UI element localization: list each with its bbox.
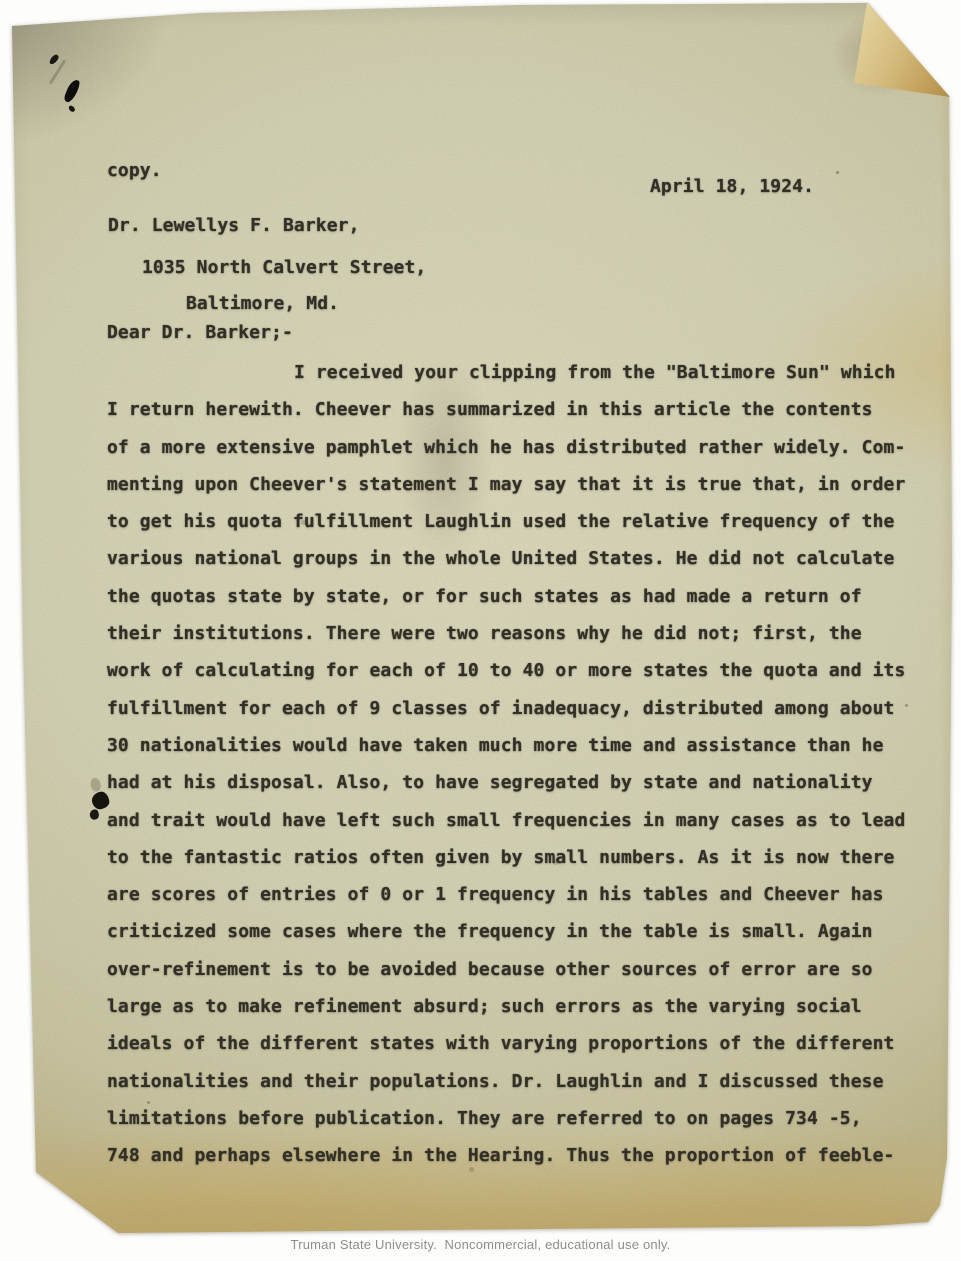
letter-line: fulfillment for each of 9 classes of ina… [107,690,923,727]
letter-line: their institutions. There were two reaso… [107,615,923,652]
scanned-letter-page: copy. April 18, 1924. Dr. Lewellys F. Ba… [0,0,961,1261]
recipient-street: 1035 North Calvert Street, [142,257,426,278]
letter-line: work of calculating for each of 10 to 40… [107,652,923,689]
paper-specks [0,0,3,3]
letter-line: are scores of entries of 0 or 1 frequenc… [107,876,923,913]
letter-line: limitations before publication. They are… [107,1100,923,1137]
salutation: Dear Dr. Barker;- [107,322,293,343]
letter-line: nationalities and their populations. Dr.… [107,1063,923,1100]
copy-label: copy. [107,160,162,181]
letter-line: large as to make refinement absurd; such… [107,988,923,1025]
letter-line: ideals of the different states with vary… [107,1025,923,1062]
footer-credit: Truman State University. Noncommercial, … [0,1237,961,1252]
recipient-name: Dr. Lewellys F. Barker, [108,215,360,236]
letter-line: of a more extensive pamphlet which he ha… [107,429,923,466]
letter-line: criticized some cases where the frequenc… [107,913,923,950]
letter-line: over-refinement is to be avoided because… [107,951,923,988]
letter-body: I received your clipping from the "Balti… [107,354,923,1175]
letter-date: April 18, 1924. [650,176,814,197]
letter-line: had at his disposal. Also, to have segre… [107,764,923,801]
letter-line: menting upon Cheever's statement I may s… [107,466,923,503]
ink-blot-large [63,78,81,104]
letter-line: to get his quota fulfillment Laughlin us… [107,503,923,540]
letter-line: 30 nationalities would have taken much m… [107,727,923,764]
recipient-city: Baltimore, Md. [186,293,339,314]
ink-blot-small [48,53,60,65]
letter-line: I return herewith. Cheever has summarize… [107,391,923,428]
letter-line: and trait would have left such small fre… [107,802,923,839]
letter-line: the quotas state by state, or for such s… [107,578,923,615]
letter-line: various national groups in the whole Uni… [107,540,923,577]
letter-line: 748 and perhaps elsewhere in the Hearing… [107,1137,923,1174]
letter-line: I received your clipping from the "Balti… [107,354,923,391]
letter-line: to the fantastic ratios often given by s… [107,839,923,876]
